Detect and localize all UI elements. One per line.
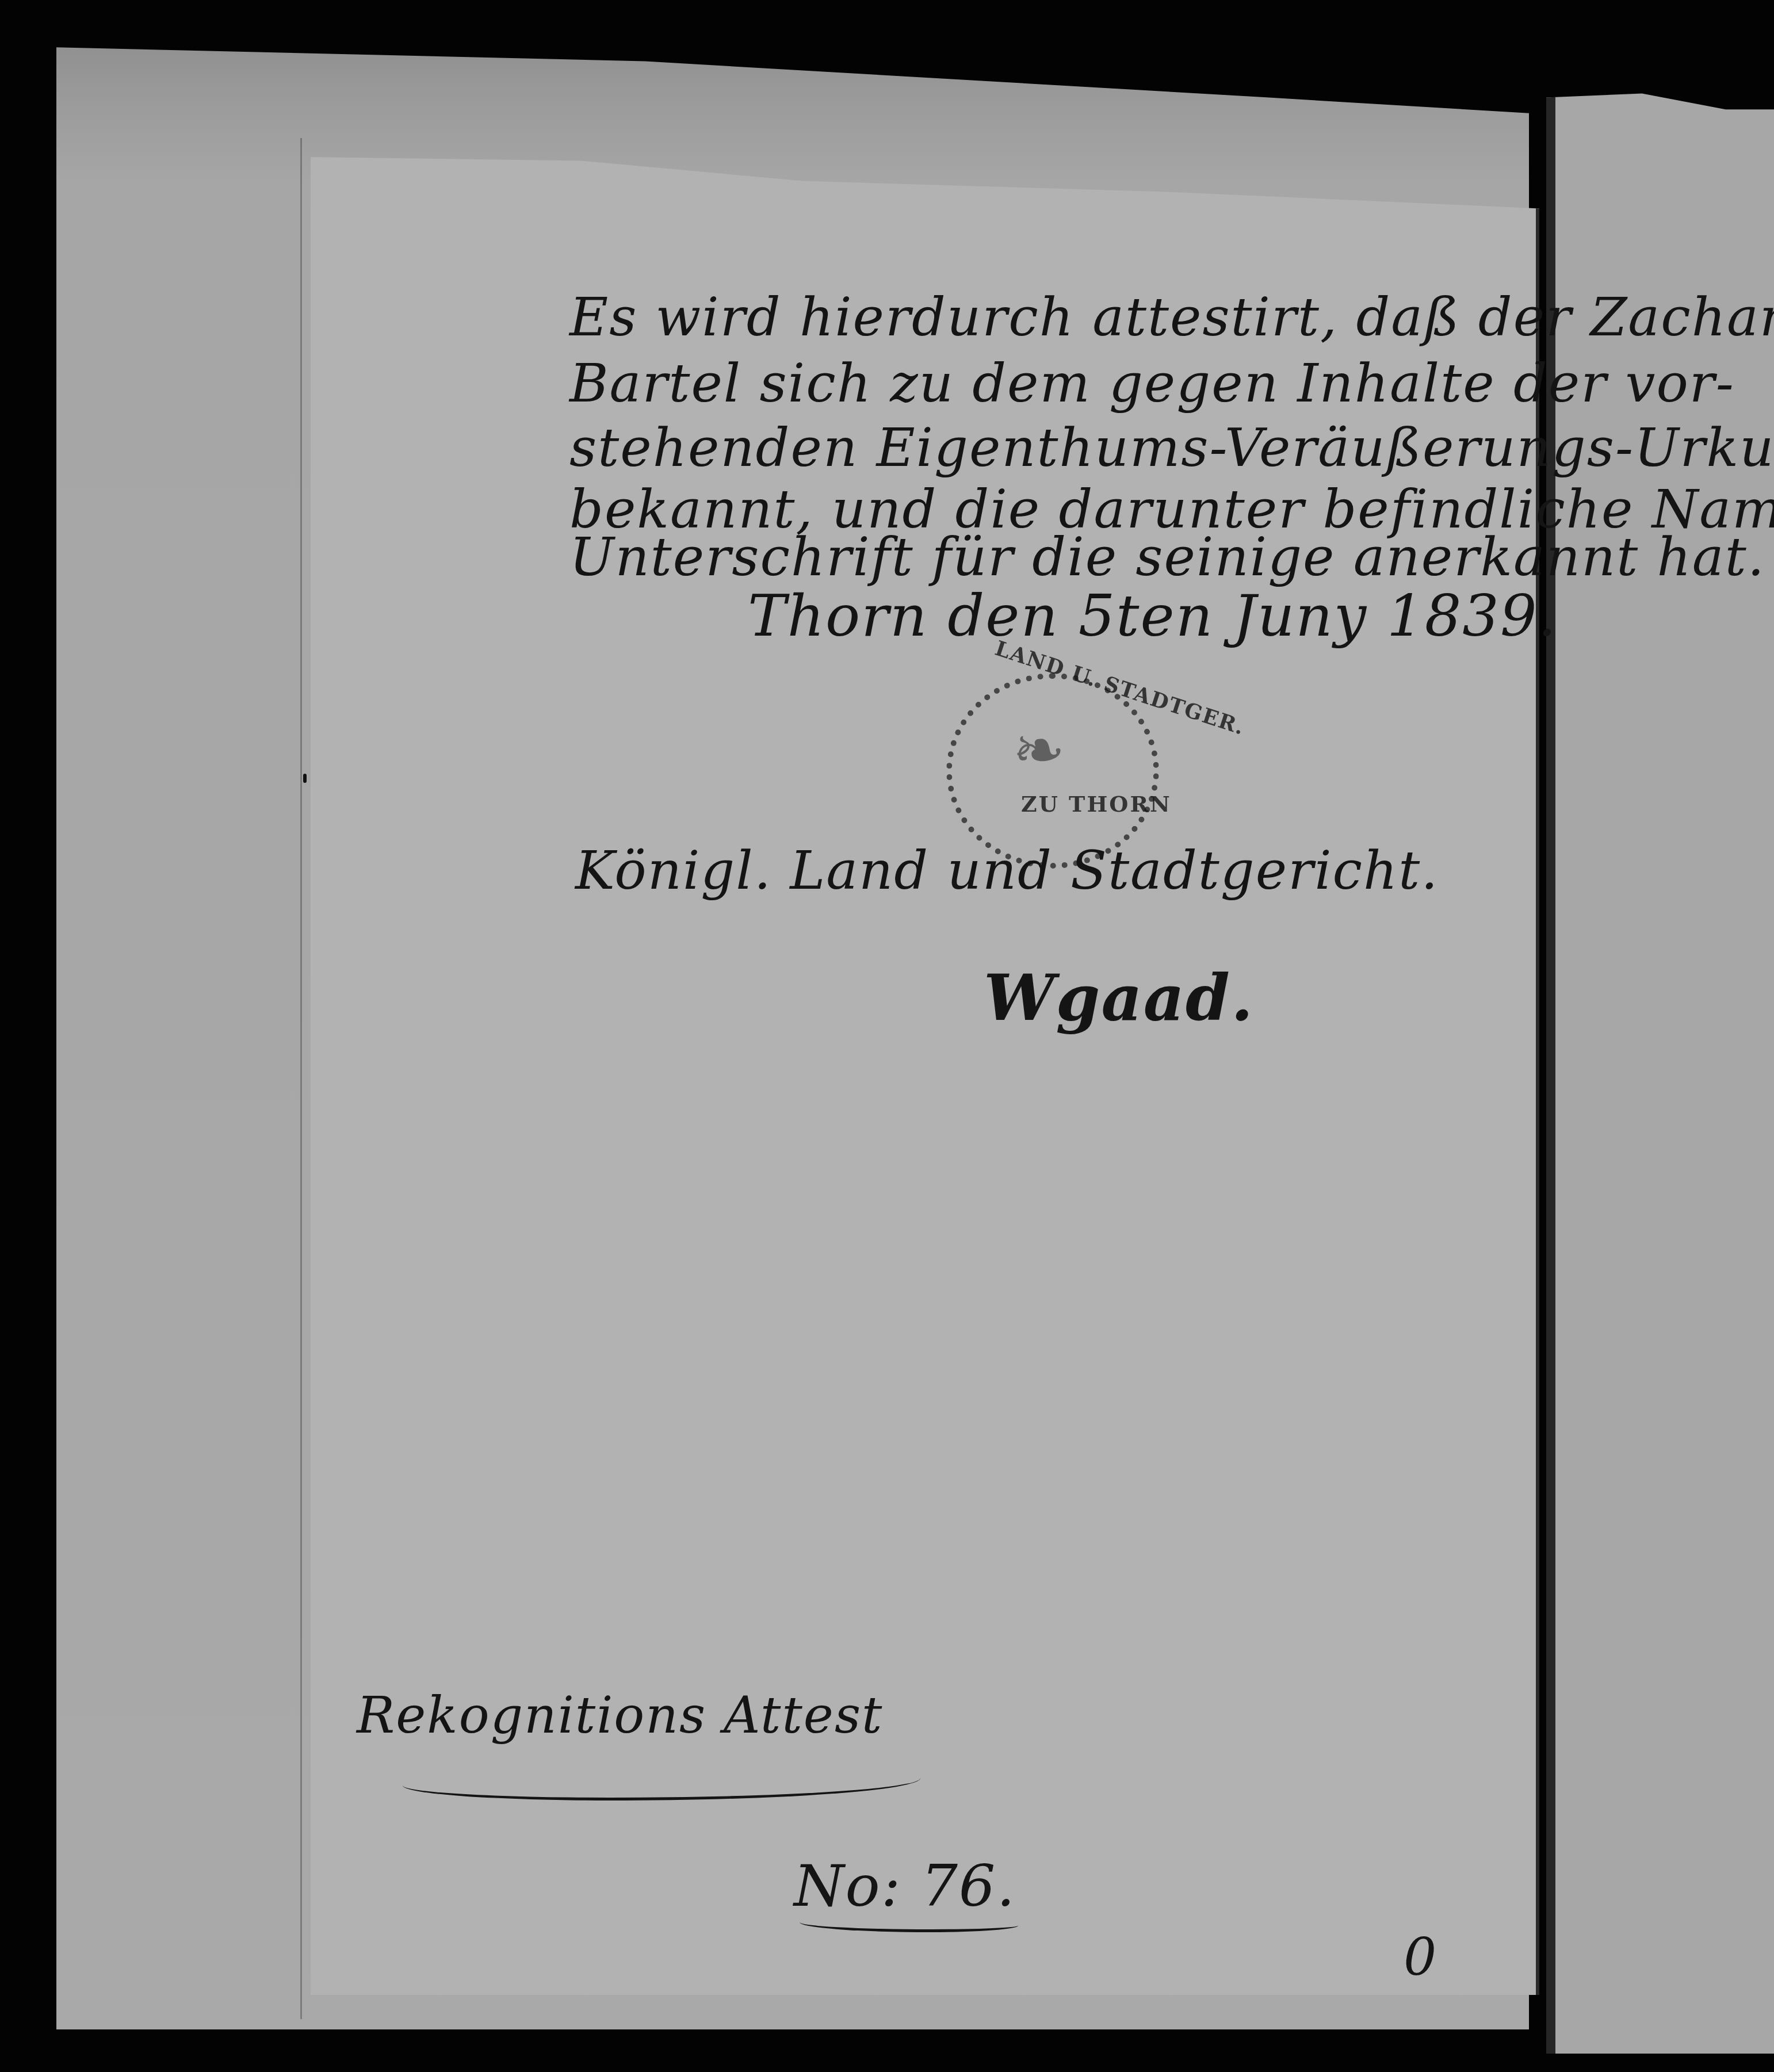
court-closing: Königl. Land und Stadtgericht.	[575, 840, 1439, 901]
body-line-3: stehenden Eigenthums-Veräußerungs-Urkund…	[569, 417, 1774, 479]
margin-mark: 0	[1404, 1927, 1437, 1987]
ink-spot	[303, 774, 307, 783]
document-number: No: 76.	[794, 1852, 1016, 1920]
place-date: Thorn den 5ten Juny 1839.	[748, 582, 1557, 649]
body-line-5: Unterschrift für die seinige anerkannt h…	[569, 526, 1765, 588]
body-line-2: Bartel sich zu dem gegen Inhalte der vor…	[569, 353, 1735, 414]
signature: Wgaad.	[984, 961, 1254, 1035]
body-line-1: Es wird hierdurch attestirt, daß der Zac…	[569, 286, 1774, 348]
fold-line	[300, 138, 302, 2019]
seal-bottom-text: ZU THORN	[1021, 791, 1172, 817]
docket-title: Rekognitions Attest	[357, 1685, 883, 1745]
eagle-icon: ❧	[1012, 713, 1065, 787]
